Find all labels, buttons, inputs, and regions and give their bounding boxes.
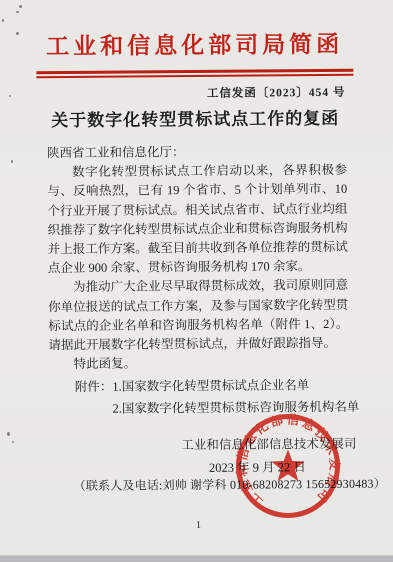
paragraph-1: 数字化转型贯标试点工作启动以来，各界积极参与、反响热烈，已有 19 个省市、5 …: [47, 161, 348, 279]
document-title: 关于数字化转型贯标试点工作的复函: [0, 103, 392, 131]
scan-speck: [11, 160, 13, 163]
paragraph-2: 为推动广大企业尽早取得贯标成效，我司原则同意你单位报送的试点工作方案，及参与国家…: [48, 276, 349, 355]
scan-speck: [16, 32, 19, 35]
official-red-seal: 工业和信息化部信息技术发展司: [233, 411, 343, 521]
closing-phrase: 特此函复。: [49, 353, 349, 375]
scanner-edge: [0, 555, 393, 562]
scan-speck: [9, 95, 11, 97]
salutation: 陕西省工业和信息化厅：: [47, 142, 347, 164]
document-number: 工信发函〔2023〕454 号: [207, 84, 346, 101]
scan-speck: [2, 19, 4, 22]
scan-speck: [7, 432, 10, 436]
scan-speck: [19, 5, 22, 8]
scan-speck: [12, 441, 14, 443]
letterhead-title: 工业和信息化部司局简函: [0, 25, 391, 61]
letterhead-divider: [36, 69, 353, 78]
seal-star-icon: [271, 450, 304, 482]
letter-body: 陕西省工业和信息化厅： 数字化转型贯标试点工作启动以来，各界积极参与、反响热烈，…: [47, 142, 349, 375]
scan-speck: [16, 11, 19, 13]
scanned-official-letter: 工业和信息化部司局简函 工信发函〔2023〕454 号 关于数字化转型贯标试点工…: [0, 0, 393, 562]
attachments-label: 附件：: [75, 377, 113, 399]
attachment-item-1: 1.国家数字化转型贯标试点企业名单: [112, 375, 359, 398]
